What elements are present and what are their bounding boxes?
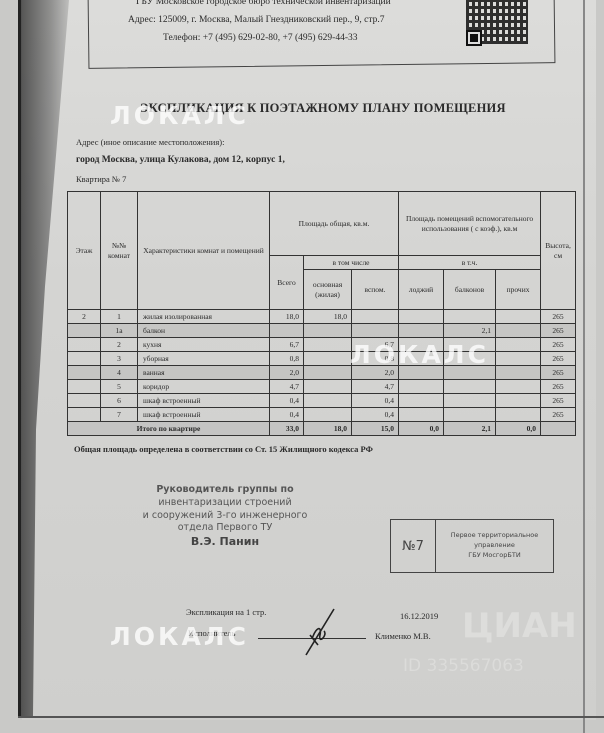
stamp-line: отдела Первого ТУ: [130, 522, 320, 535]
total-area: 33,0: [270, 422, 304, 436]
stamp-org-line: управление: [474, 541, 515, 551]
cell-room: 3: [101, 352, 138, 366]
cell-floor: [68, 338, 101, 352]
address-value: город Москва, улица Кулакова, дом 12, ко…: [76, 155, 285, 165]
brand-watermark: ЛОКАЛС: [110, 101, 249, 130]
cell-loggia: [399, 394, 444, 408]
organization-stamp: №7 Первое территориальное управление ГБУ…: [390, 519, 554, 573]
cell-total: 0,8: [270, 352, 304, 366]
cell-height: 265: [541, 324, 576, 338]
official-stamp: Руководитель группы по инвентаризации ст…: [130, 484, 320, 550]
cell-name: уборная: [138, 352, 270, 366]
cell-balcony: [444, 394, 496, 408]
cell-balcony: [444, 380, 496, 394]
cell-height: 265: [541, 380, 576, 394]
header-other: прочих: [496, 270, 541, 310]
table-row: 6шкаф встроенный0,40,4265: [68, 394, 576, 408]
header-phone: Телефон: +7 (495) 629-02-80, +7 (495) 62…: [163, 33, 358, 43]
cell-height: 265: [541, 352, 576, 366]
header-room-no: №№ комнат: [101, 192, 138, 310]
cell-floor: [68, 352, 101, 366]
cell-room: 5: [101, 380, 138, 394]
cell-other: [496, 338, 541, 352]
signature-icon: [300, 605, 340, 660]
cell-room: 6: [101, 394, 138, 408]
stamp-organization: Первое территориальное управление ГБУ Мо…: [436, 520, 553, 572]
table-total-row: Итого по квартире 33,0 18,0 15,0 0,0 2,1…: [68, 422, 576, 436]
table-row: 7шкаф встроенный0,40,4265: [68, 408, 576, 422]
stamp-line: и сооружений 3-го инженерного: [130, 510, 320, 523]
cell-room: 2: [101, 338, 138, 352]
cell-name: кухня: [138, 338, 270, 352]
cell-total: [270, 324, 304, 338]
executor-name: Клименко М.В.: [375, 631, 431, 641]
cell-living: [304, 352, 352, 366]
cell-living: [304, 380, 352, 394]
header-auxiliary: вспом.: [352, 270, 399, 310]
total-label: Итого по квартире: [68, 422, 270, 436]
cell-aux: 0,4: [352, 394, 399, 408]
cell-aux: [352, 324, 399, 338]
listing-id-watermark: ID 335567063: [403, 656, 524, 676]
cell-loggia: [399, 310, 444, 324]
cell-living: [304, 324, 352, 338]
qr-finder-icon: [466, 30, 482, 46]
total-height: [541, 422, 576, 436]
header-org: ГБУ Московское городское бюро техническо…: [136, 0, 391, 7]
cell-height: 265: [541, 310, 576, 324]
cell-floor: 2: [68, 310, 101, 324]
apartment-number: Квартира № 7: [76, 174, 126, 184]
total-loggia: 0,0: [399, 422, 444, 436]
cell-name: шкаф встроенный: [138, 408, 270, 422]
cell-total: 2,0: [270, 366, 304, 380]
cell-balcony: [444, 310, 496, 324]
cell-height: 265: [541, 408, 576, 422]
cell-loggia: [399, 408, 444, 422]
cell-living: [304, 394, 352, 408]
cell-loggia: [399, 324, 444, 338]
header-description: Характеристики комнат и помещений: [138, 192, 270, 310]
cell-total: 6,7: [270, 338, 304, 352]
cian-watermark: ЦИАН: [462, 606, 577, 646]
header-including: в том числе: [304, 256, 399, 270]
cell-height: 265: [541, 366, 576, 380]
address-label: Адрес (иное описание местоположения):: [76, 137, 224, 147]
cell-room: 4: [101, 366, 138, 380]
cell-floor: [68, 324, 101, 338]
cell-other: [496, 408, 541, 422]
stamp-org-line: Первое территориальное: [451, 531, 538, 541]
table-row: 5коридор4,74,7265: [68, 380, 576, 394]
header-incl-short: в т.ч.: [399, 256, 541, 270]
cell-height: 265: [541, 394, 576, 408]
header-height: Высота, см: [541, 192, 576, 310]
cell-name: коридор: [138, 380, 270, 394]
stamp-name: В.Э. Панин: [130, 535, 320, 550]
cell-name: ванная: [138, 366, 270, 380]
stamp-line: инвентаризации строений: [130, 497, 320, 510]
explication-table: Этаж №№ комнат Характеристики комнат и п…: [67, 191, 576, 436]
cell-other: [496, 394, 541, 408]
header-floor: Этаж: [68, 192, 101, 310]
cell-balcony: [444, 408, 496, 422]
stamp-number: №7: [391, 520, 436, 572]
cell-loggia: [399, 380, 444, 394]
cell-other: [496, 324, 541, 338]
stamp-org-line: ГБУ МосгорБТИ: [468, 551, 520, 561]
cell-living: [304, 338, 352, 352]
total-living: 18,0: [304, 422, 352, 436]
header-address: Адрес: 125009, г. Москва, Малый Гнездник…: [128, 15, 385, 25]
cell-name: шкаф встроенный: [138, 394, 270, 408]
cell-floor: [68, 408, 101, 422]
table-row: 4ванная2,02,0265: [68, 366, 576, 380]
cell-floor: [68, 366, 101, 380]
header-total: Всего: [270, 256, 304, 310]
brand-watermark: ЛОКАЛС: [110, 622, 249, 651]
cell-room: 1: [101, 310, 138, 324]
cell-room: 1а: [101, 324, 138, 338]
page-edge: [18, 716, 604, 718]
table-row: 2кухня6,76,7265: [68, 338, 576, 352]
cell-other: [496, 380, 541, 394]
document-date: 16.12.2019: [400, 611, 438, 621]
cell-name: жилая изолированная: [138, 310, 270, 324]
cell-balcony: 2,1: [444, 324, 496, 338]
page-edge: [583, 0, 585, 733]
total-balcony: 2,1: [444, 422, 496, 436]
cell-total: 18,0: [270, 310, 304, 324]
header-balconies: балконов: [444, 270, 496, 310]
cell-floor: [68, 394, 101, 408]
total-other: 0,0: [496, 422, 541, 436]
cell-other: [496, 352, 541, 366]
cell-living: [304, 408, 352, 422]
cell-total: 0,4: [270, 408, 304, 422]
total-aux: 15,0: [352, 422, 399, 436]
cell-total: 4,7: [270, 380, 304, 394]
cell-room: 7: [101, 408, 138, 422]
header-aux-area: Площадь помещений вспомогательного испол…: [399, 192, 541, 256]
cell-aux: 0,4: [352, 408, 399, 422]
cell-other: [496, 310, 541, 324]
cell-total: 0,4: [270, 394, 304, 408]
brand-watermark: ЛОКАЛС: [350, 340, 489, 369]
cell-name: балкон: [138, 324, 270, 338]
table-row: 1абалкон2,1265: [68, 324, 576, 338]
cell-floor: [68, 380, 101, 394]
cell-living: 18,0: [304, 310, 352, 324]
header-loggias: лоджий: [399, 270, 444, 310]
page-edge: [18, 0, 21, 716]
stamp-line: Руководитель группы по: [130, 484, 320, 497]
header-total-area: Площадь общая, кв.м.: [270, 192, 399, 256]
cell-aux: [352, 310, 399, 324]
pages-count: Экспликация на 1 стр.: [186, 607, 266, 617]
cell-height: 265: [541, 338, 576, 352]
header-main-living: основная (жилая): [304, 270, 352, 310]
cell-other: [496, 366, 541, 380]
legal-note: Общая площадь определена в соответствии …: [74, 444, 373, 454]
table-row: 3уборная0,80,8265: [68, 352, 576, 366]
table-row: 21жилая изолированная18,018,0265: [68, 310, 576, 324]
cell-aux: 4,7: [352, 380, 399, 394]
cell-living: [304, 366, 352, 380]
